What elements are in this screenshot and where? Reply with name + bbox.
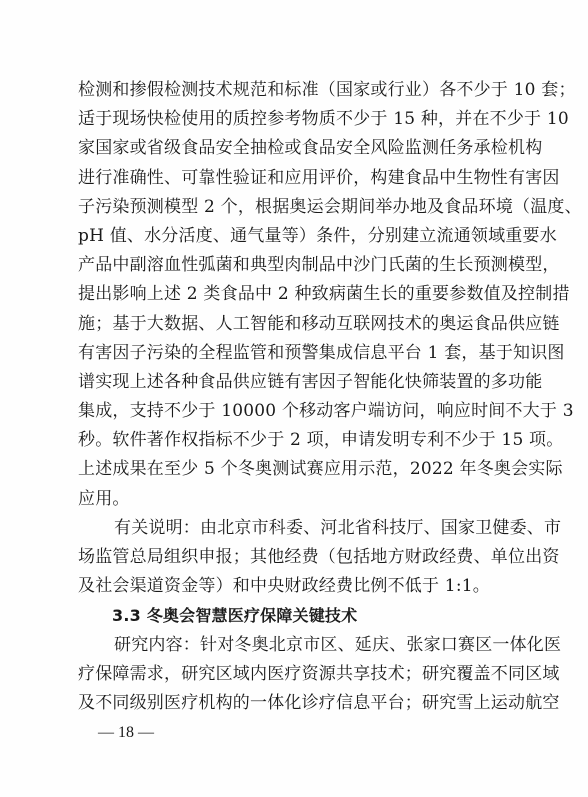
text-line: 施；基于大数据、人工智能和移动互联网技术的奥运食品供应链 (78, 310, 516, 339)
text-line: 及社会渠道资金等）和中央财政经费比例不低于 1:1。 (78, 572, 516, 601)
document-page: 检测和掺假检测技术规范和标准（国家或行业）各不少于 10 套； 适于现场快检使用… (0, 0, 588, 797)
section-heading: 3.3 冬奥会智慧医疗保障关键技术 (78, 601, 516, 630)
page-number: — 18 — (98, 724, 154, 742)
text-line: 谱实现上述各种食品供应链有害因子智能化快筛装置的多功能 (78, 368, 516, 397)
text-line: 提出影响上述 2 类食品中 2 种致病菌生长的重要参数值及控制措 (78, 280, 516, 309)
text-line: 秒。软件著作权指标不少于 2 项，申请发明专利不少于 15 项。 (78, 426, 516, 455)
text-line: 适于现场快检使用的质控参考物质不少于 15 种，并在不少于 10 (78, 105, 516, 134)
text-line: 疗保障需求，研究区域内医疗资源共享技术；研究覆盖不同区域 (78, 660, 516, 689)
text-line: 有害因子污染的全程监管和预警集成信息平台 1 套，基于知识图 (78, 339, 516, 368)
text-line: 及不同级别医疗机构的一体化诊疗信息平台；研究雪上运动航空 (78, 689, 516, 718)
text-line: 家国家或省级食品安全抽检或食品安全风险监测任务承检机构 (78, 134, 516, 163)
body-text: 检测和掺假检测技术规范和标准（国家或行业）各不少于 10 套； 适于现场快检使用… (78, 76, 516, 718)
paragraph-2: 有关说明：由北京市科委、河北省科技厅、国家卫健委、市 场监管总局组织申报；其他经… (78, 514, 516, 602)
text-line: 上述成果在至少 5 个冬奥测试赛应用示范，2022 年冬奥会实际 (78, 455, 516, 484)
text-line: 进行准确性、可靠性验证和应用评价，构建食品中生物性有害因 (78, 164, 516, 193)
text-line: 场监管总局组织申报；其他经费（包括地方财政经费、单位出资 (78, 543, 516, 572)
text-line: 集成，支持不少于 10000 个移动客户端访问，响应时间不大于 3 (78, 397, 516, 426)
text-line: 子污染预测模型 2 个，根据奥运会期间举办地及食品环境（温度、 (78, 193, 516, 222)
paragraph-3: 研究内容：针对冬奥北京市区、延庆、张家口赛区一体化医 疗保障需求，研究区域内医疗… (78, 631, 516, 719)
text-line: 产品中副溶血性弧菌和典型肉制品中沙门氏菌的生长预测模型， (78, 251, 516, 280)
text-line: 检测和掺假检测技术规范和标准（国家或行业）各不少于 10 套； (78, 76, 516, 105)
text-line: 有关说明：由北京市科委、河北省科技厅、国家卫健委、市 (78, 514, 516, 543)
text-line: pH 值、水分活度、通气量等）条件，分别建立流通领域重要水 (78, 222, 516, 251)
text-line: 研究内容：针对冬奥北京市区、延庆、张家口赛区一体化医 (78, 631, 516, 660)
paragraph-1: 检测和掺假检测技术规范和标准（国家或行业）各不少于 10 套； 适于现场快检使用… (78, 76, 516, 514)
text-line: 应用。 (78, 485, 516, 514)
